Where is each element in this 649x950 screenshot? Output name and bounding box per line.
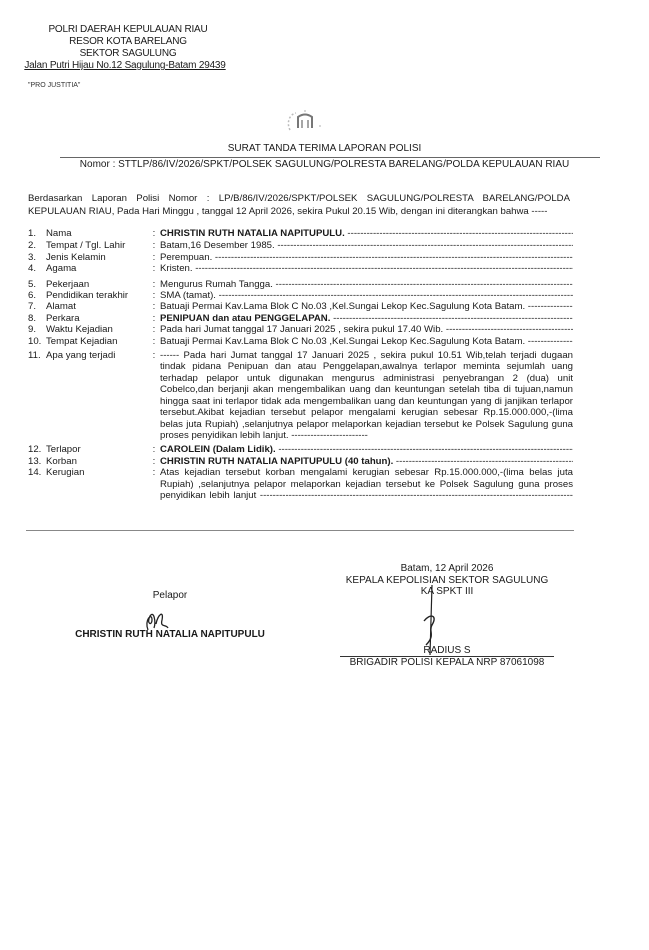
field-separator: : <box>148 290 160 301</box>
field-number: 10. <box>28 336 46 347</box>
title-divider <box>60 157 600 158</box>
field-label: Perkara <box>46 313 148 324</box>
field-separator: : <box>148 279 160 290</box>
letterhead-address: Jalan Putri Hijau No.12 Sagulung-Batam 2… <box>12 60 238 72</box>
letterhead-line-2: RESOR KOTA BARELANG <box>18 36 238 48</box>
officer-signature-block: Batam, 12 April 2026 KEPALA KEPOLISIAN S… <box>334 563 560 669</box>
field-label: Korban <box>46 456 148 467</box>
field-value: PENIPUAN dan atau PENGGELAPAN. <box>160 313 573 324</box>
field-row: 7. Alamat : Batuaji Permai Kav.Lama Blok… <box>28 301 573 312</box>
field-value: ------ Pada hari Jumat tanggal 17 Januar… <box>160 350 573 441</box>
field-value: Mengurus Rumah Tangga. <box>160 279 573 290</box>
field-number: 9. <box>28 324 46 335</box>
field-label: Terlapor <box>46 444 148 455</box>
field-number: 1. <box>28 228 46 239</box>
field-label: Tempat / Tgl. Lahir <box>46 240 148 251</box>
field-value: Batuaji Permai Kav.Lama Blok C No.03 ,Ke… <box>160 336 573 347</box>
field-label: Pendidikan terakhir <box>46 290 148 301</box>
field-number: 12. <box>28 444 46 455</box>
field-label: Kerugian <box>46 467 148 501</box>
field-separator: : <box>148 456 160 467</box>
letterhead-line-1: POLRI DAERAH KEPULAUAN RIAU <box>18 24 238 36</box>
field-value: Kristen. <box>160 263 573 274</box>
reporter-role: Pelapor <box>60 590 280 601</box>
intro-paragraph: Berdasarkan Laporan Polisi Nomor : LP/B/… <box>28 192 570 218</box>
field-row: 6. Pendidikan terakhir : SMA (tamat). <box>28 290 573 301</box>
field-number: 13. <box>28 456 46 467</box>
field-number: 8. <box>28 313 46 324</box>
officer-name: RADIUS S <box>334 645 560 657</box>
field-row: 3. Jenis Kelamin : Perempuan. <box>28 252 573 263</box>
field-label: Agama <box>46 263 148 274</box>
field-number: 5. <box>28 279 46 290</box>
field-value: CAROLEIN (Dalam Lidik). <box>160 444 573 455</box>
field-number: 11. <box>28 350 46 441</box>
field-separator: : <box>148 301 160 312</box>
field-label: Waktu Kejadian <box>46 324 148 335</box>
reporter-signature-icon <box>142 606 172 634</box>
field-row: 12. Terlapor : CAROLEIN (Dalam Lidik). <box>28 444 573 455</box>
field-row: 2. Tempat / Tgl. Lahir : Batam,16 Desemb… <box>28 240 573 251</box>
document-title: SURAT TANDA TERIMA LAPORAN POLISI <box>0 143 649 155</box>
field-value: SMA (tamat). <box>160 290 573 301</box>
field-number: 2. <box>28 240 46 251</box>
letterhead: POLRI DAERAH KEPULAUAN RIAU RESOR KOTA B… <box>18 24 238 72</box>
field-separator: : <box>148 313 160 324</box>
field-separator: : <box>148 467 160 501</box>
field-separator: : <box>148 336 160 347</box>
reporter-signature-block: Pelapor CHRISTIN RUTH NATALIA NAPITUPULU <box>60 590 280 640</box>
field-row: 5. Pekerjaan : Mengurus Rumah Tangga. <box>28 279 573 290</box>
field-label: Tempat Kejadian <box>46 336 148 347</box>
pro-justitia-label: "PRO JUSTITIA" <box>28 82 80 89</box>
field-label: Alamat <box>46 301 148 312</box>
field-separator: : <box>148 252 160 263</box>
field-value: Perempuan. <box>160 252 573 263</box>
field-number: 3. <box>28 252 46 263</box>
document-number: Nomor : STTLP/86/IV/2026/SPKT/POLSEK SAG… <box>0 159 649 170</box>
officer-unit: KA SPKT III <box>334 586 560 598</box>
field-row: 10. Tempat Kejadian : Batuaji Permai Kav… <box>28 336 573 347</box>
field-separator: : <box>148 324 160 335</box>
field-value: Batam,16 Desember 1985. <box>160 240 573 251</box>
letterhead-line-3: SEKTOR SAGULUNG <box>18 48 238 60</box>
field-row: 11. Apa yang terjadi : ------ Pada hari … <box>28 350 573 441</box>
field-row: 1. Nama : CHRISTIN RUTH NATALIA NAPITUPU… <box>28 228 573 239</box>
field-row: 9. Waktu Kejadian : Pada hari Jumat tang… <box>28 324 573 335</box>
field-value: Atas kejadian tersebut korban mengalami … <box>160 467 573 501</box>
field-value: Pada hari Jumat tanggal 17 Januari 2025 … <box>160 324 573 335</box>
field-label: Apa yang terjadi <box>46 350 148 441</box>
field-separator: : <box>148 444 160 455</box>
field-value: Batuaji Permai Kav.Lama Blok C No.03 ,Ke… <box>160 301 573 312</box>
field-row: 8. Perkara : PENIPUAN dan atau PENGGELAP… <box>28 313 573 324</box>
field-number: 6. <box>28 290 46 301</box>
field-row: 13. Korban : CHRISTIN RUTH NATALIA NAPIT… <box>28 456 573 467</box>
field-label: Jenis Kelamin <box>46 252 148 263</box>
field-label: Pekerjaan <box>46 279 148 290</box>
field-separator: : <box>148 263 160 274</box>
officer-signature-icon <box>418 585 442 655</box>
place-date: Batam, 12 April 2026 <box>334 563 560 575</box>
field-number: 4. <box>28 263 46 274</box>
field-value: CHRISTIN RUTH NATALIA NAPITUPULU (40 tah… <box>160 456 573 467</box>
field-number: 7. <box>28 301 46 312</box>
report-fields: 1. Nama : CHRISTIN RUTH NATALIA NAPITUPU… <box>28 228 573 501</box>
police-emblem-icon <box>282 108 328 136</box>
section-divider <box>26 530 574 531</box>
field-separator: : <box>148 228 160 239</box>
field-separator: : <box>148 350 160 441</box>
officer-rank: BRIGADIR POLISI KEPALA NRP 87061098 <box>334 657 560 669</box>
field-separator: : <box>148 240 160 251</box>
field-number: 14. <box>28 467 46 501</box>
field-row: 4. Agama : Kristen. <box>28 263 573 274</box>
field-label: Nama <box>46 228 148 239</box>
field-value: CHRISTIN RUTH NATALIA NAPITUPULU. <box>160 228 573 239</box>
officer-office: KEPALA KEPOLISIAN SEKTOR SAGULUNG <box>334 575 560 587</box>
field-row: 14. Kerugian : Atas kejadian tersebut ko… <box>28 467 573 501</box>
